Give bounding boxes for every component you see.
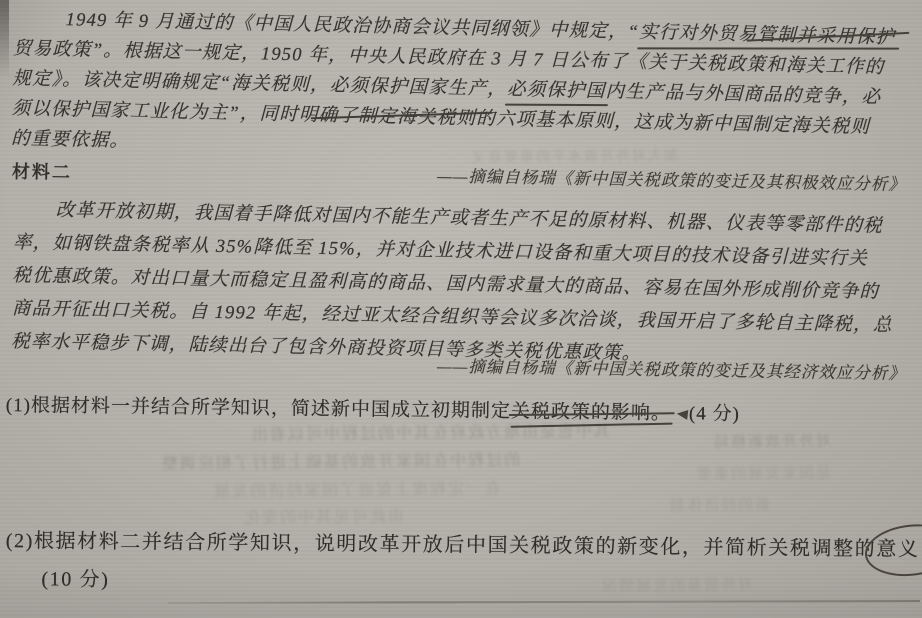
bleedthrough-text: 对外开放新格局 bbox=[712, 429, 831, 451]
question-2: (2)根据材料二并结合所学知识，说明改革开放后中国关税政策的新变化，并简析关税调… bbox=[5, 524, 919, 600]
question-1: (1)根据材料一并结合所学知识，简述新中国成立初期制定关税政策的影响。(4 分) bbox=[6, 390, 740, 426]
material-two-paragraph: 改革开放初期，我国着手降低对国内不能生产或者生产不足的原材料、机器、仪表等零部件… bbox=[11, 194, 895, 376]
question-1-score: (4 分) bbox=[689, 403, 740, 425]
pen-strike-annotation: 关税政策的影响。 bbox=[511, 396, 671, 425]
bleedthrough-text: 新的经济体制 bbox=[668, 493, 770, 515]
material-two-label: 材料二 bbox=[12, 158, 72, 185]
question-1-text: (1)根据材料一并结合所学知识，简述新中国成立初期制定 bbox=[6, 395, 511, 422]
material-one-paragraph: 1949 年 9 月通过的《中国人民政治协商会议共同纲领》中规定，“实行对外贸易… bbox=[11, 4, 896, 173]
question-2-text: (2)根据材料二并结合所学知识，说明改革开放后中国关税政策的新变化，并简析关税调… bbox=[6, 530, 877, 560]
material-one-text: 的重要依据。 bbox=[11, 129, 130, 152]
material-one-text: 的六项基本原则，这成为新中国制定海关税则 bbox=[476, 109, 870, 138]
pen-circle-annotation: 意义 bbox=[876, 532, 919, 561]
material-one-text: 内生产品与外国商品的竞争，必 bbox=[605, 82, 881, 108]
pencil-rule-line bbox=[168, 600, 920, 604]
question-2-score: (10 分) bbox=[5, 562, 919, 600]
question-2-line: (2)根据材料二并结合所学知识，说明改革开放后中国关税政策的新变化，并简析关税调… bbox=[6, 524, 920, 562]
exam-paper-scan: 加大对外开放水平的重要意义 其中也是由地方政府在其中的过程中可以看出 的过程中在… bbox=[0, 0, 922, 618]
material-one-text: 须以保护国家工业化为主”，同时明 bbox=[11, 99, 318, 126]
pen-strike-annotation: 确了制定海关税则 bbox=[318, 101, 476, 134]
bleedthrough-text: 由此可见其中的变化 bbox=[242, 503, 404, 528]
pen-underline-strike-annotation: 实行对外贸易管制并采用保护 bbox=[639, 18, 896, 54]
bleedthrough-text: 是国家发展的重要 bbox=[695, 461, 831, 483]
bleedthrough-text: 的过程中在国家开放的基础上进行了相应调整 bbox=[160, 447, 520, 474]
scan-edge-smudge bbox=[0, 0, 9, 78]
pen-underline-annotation: 必须保护国 bbox=[507, 75, 606, 107]
bleedthrough-text: 在一定程度上促进了国家经济的发展 bbox=[212, 475, 500, 501]
pen-arrow-mark bbox=[676, 408, 688, 419]
